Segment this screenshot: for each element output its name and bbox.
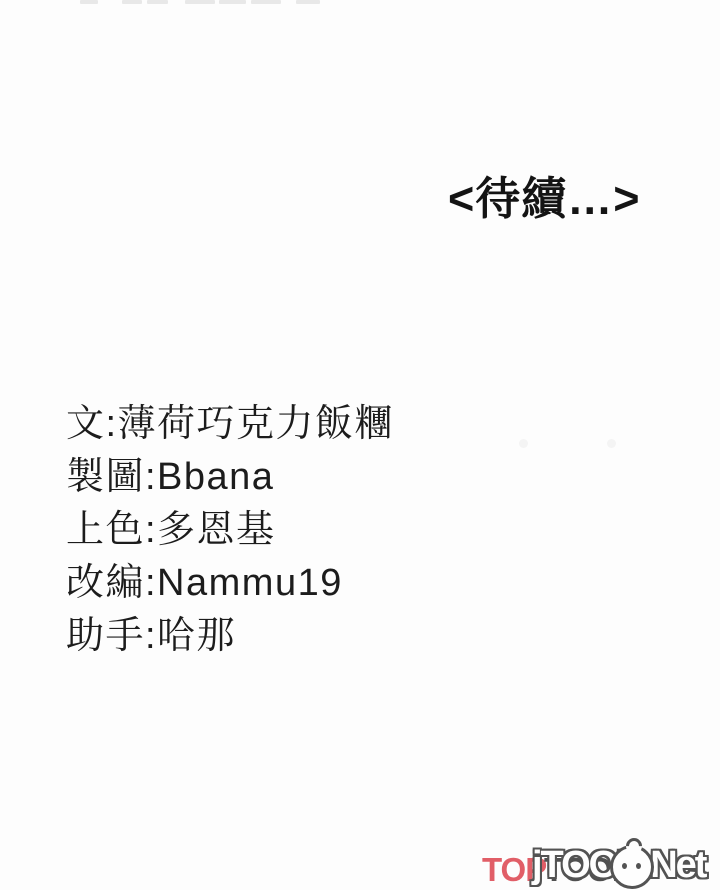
credits-block: 文:薄荷巧克力飯糰 製圖:Bbana 上色:多恩基 改編:Nammu19 助手:… (66, 398, 394, 663)
site-watermark: TOP TOON jTOON.Net (478, 842, 720, 890)
mascot-curl (623, 835, 646, 858)
credit-line-colorist: 上色:多恩基 (66, 504, 394, 557)
credit-line-assistant: 助手:哈那 (66, 610, 394, 663)
text-fragment (251, 0, 281, 4)
credit-line-artist: 製圖:Bbana (66, 451, 394, 504)
text-fragment (296, 0, 320, 4)
faint-artifact-dot (607, 439, 616, 448)
credit-line-adapter: 改編:Nammu19 (66, 557, 394, 610)
text-fragment (185, 0, 215, 4)
faint-artifact-dot (519, 439, 528, 448)
to-be-continued-text: <待續…> (448, 162, 641, 227)
comic-page: <待續…> 文:薄荷巧克力飯糰 製圖:Bbana 上色:多恩基 改編:Nammu… (0, 0, 720, 890)
mascot-eye (622, 863, 627, 869)
toptoon-mascot-icon (610, 845, 654, 889)
text-fragment (219, 0, 246, 4)
text-fragment (122, 0, 142, 4)
mascot-eye (636, 863, 641, 869)
clipped-text-fragments (0, 0, 720, 8)
text-fragment (147, 0, 168, 4)
text-fragment (80, 0, 98, 4)
credit-line-writer: 文:薄荷巧克力飯糰 (66, 398, 394, 451)
